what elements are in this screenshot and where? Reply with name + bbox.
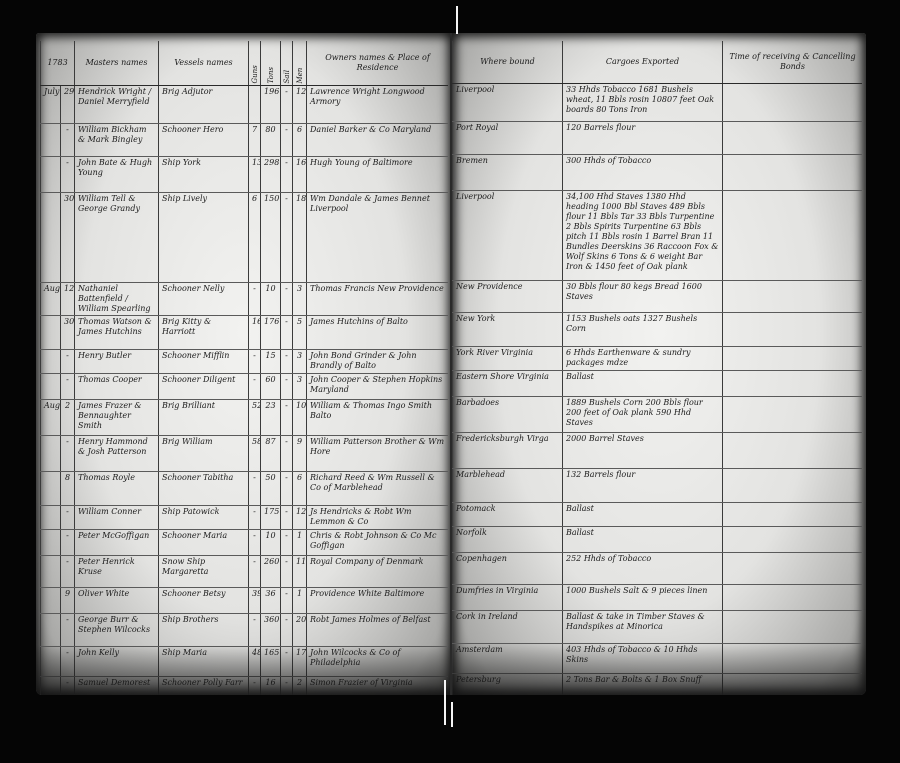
guns-cell: 58	[249, 436, 261, 472]
vessel-cell: Schooner Betsy	[159, 588, 249, 614]
guns-cell: -	[249, 614, 261, 647]
guns-cell: 48	[249, 647, 261, 677]
cargo-cell: 120 Barrels flour	[563, 122, 723, 155]
tons-cell: 176	[261, 316, 281, 350]
month-cell	[41, 677, 61, 696]
ledger-row: 9Oliver WhiteSchooner Betsy3936-1Provide…	[41, 588, 449, 614]
owner-cell: William & Thomas Ingo Smith Balto	[307, 400, 448, 436]
tons-cell: 298	[261, 157, 281, 193]
owner-cell: Richard Reed & Wm Russell & Co of Marble…	[307, 472, 448, 506]
men-cell: 10	[293, 400, 307, 436]
vessel-cell: Ship Maria	[159, 647, 249, 677]
master-cell: Nathaniel Battenfield / William Spearlin…	[75, 283, 159, 316]
tons-cell: 15	[261, 350, 281, 374]
cargo-cell: 30 Bbls flour 80 kegs Bread 1600 Staves	[563, 281, 723, 313]
men-cell: 18	[293, 193, 307, 283]
bonds-cell	[723, 191, 863, 281]
owners-header: Owners names & Place of Residence	[307, 41, 448, 86]
tons-cell: 10	[261, 283, 281, 316]
master-cell: Henry Hammond & Josh Patterson	[75, 436, 159, 472]
where-bound-cell: York River Virginia	[453, 347, 563, 371]
master-cell: Thomas Royle	[75, 472, 159, 506]
month-cell: Augt	[41, 283, 61, 316]
day-cell: 29	[61, 86, 75, 124]
ledger-row: 30Thomas Watson & James HutchinsBrig Kit…	[41, 316, 449, 350]
header-row: 1783 Masters names Vessels names Guns To…	[41, 41, 449, 86]
master-cell: William Conner	[75, 506, 159, 530]
guns-cell: -	[249, 350, 261, 374]
month-cell	[41, 647, 61, 677]
cargo-cell: 1889 Bushels Corn 200 Bbls flour 200 fee…	[563, 397, 723, 433]
men-cell: 12	[293, 86, 307, 124]
owner-cell: James Hutchins of Balto	[307, 316, 448, 350]
sail-cell: -	[281, 193, 293, 283]
guns-cell: 6	[249, 193, 261, 283]
month-cell	[41, 374, 61, 400]
where-bound-cell: Amsterdam	[453, 644, 563, 674]
bonds-cell	[723, 674, 863, 696]
master-cell: James Frazer & Bennaughter Smith	[75, 400, 159, 436]
ledger-row: Dumfries in Virginia1000 Bushels Salt & …	[453, 585, 863, 611]
ledger-row: -George Burr & Stephen WilcocksShip Brot…	[41, 614, 449, 647]
day-cell: -	[61, 506, 75, 530]
ledger-row: Petersburg2 Tons Bar & Bolts & 1 Box Snu…	[453, 674, 863, 696]
men-cell: 3	[293, 350, 307, 374]
vessel-cell: Schooner Mifflin	[159, 350, 249, 374]
sail-cell: -	[281, 400, 293, 436]
ledger-row: Augt2James Frazer & Bennaughter SmithBri…	[41, 400, 449, 436]
cargoes-header: Cargoes Exported	[563, 41, 723, 84]
ledger-left-page: 1783 Masters names Vessels names Guns To…	[36, 33, 452, 695]
tons-cell: 260	[261, 556, 281, 588]
owner-cell: Thomas Francis New Providence	[307, 283, 448, 316]
day-cell: 12	[61, 283, 75, 316]
ledger-row: Liverpool33 Hhds Tobacco 1681 Bushels wh…	[453, 84, 863, 122]
where-bound-cell: Eastern Shore Virginia	[453, 371, 563, 397]
bonds-cell	[723, 313, 863, 347]
header-row: Where bound Cargoes Exported Time of rec…	[453, 41, 863, 84]
owner-cell: John Cooper & Stephen Hopkins Maryland	[307, 374, 448, 400]
vessel-cell: Brig Brilliant	[159, 400, 249, 436]
day-cell: 2	[61, 400, 75, 436]
day-cell: -	[61, 124, 75, 157]
vessel-cell: Schooner Nelly	[159, 283, 249, 316]
ledger-row: Bremen300 Hhds of Tobacco	[453, 155, 863, 191]
day-cell: -	[61, 677, 75, 696]
day-cell: -	[61, 530, 75, 556]
master-cell: William Tell & George Grandy	[75, 193, 159, 283]
owner-cell: Providence White Baltimore	[307, 588, 448, 614]
where-bound-cell: Bremen	[453, 155, 563, 191]
month-cell	[41, 316, 61, 350]
sail-cell: -	[281, 647, 293, 677]
bonds-cell	[723, 433, 863, 469]
vessel-cell: Schooner Maria	[159, 530, 249, 556]
cargo-cell: Ballast & take in Timber Staves & Handsp…	[563, 611, 723, 644]
ledger-row: -John KellyShip Maria48165-17John Wilcoc…	[41, 647, 449, 677]
day-cell: -	[61, 614, 75, 647]
guns-cell: -	[249, 374, 261, 400]
where-bound-cell: Copenhagen	[453, 553, 563, 585]
bonds-cell	[723, 397, 863, 433]
vessel-cell: Brig Adjutor	[159, 86, 249, 124]
cargo-cell: 33 Hhds Tobacco 1681 Bushels wheat, 11 B…	[563, 84, 723, 122]
cargo-cell: 252 Hhds of Tobacco	[563, 553, 723, 585]
owner-cell: Lawrence Wright Longwood Armory	[307, 86, 448, 124]
where-bound-cell: Cork in Ireland	[453, 611, 563, 644]
tons-cell: 60	[261, 374, 281, 400]
where-bound-cell: Barbadoes	[453, 397, 563, 433]
bonds-cell	[723, 122, 863, 155]
bonds-cell	[723, 84, 863, 122]
cargo-cell: 1153 Bushels oats 1327 Bushels Corn	[563, 313, 723, 347]
men-cell: 6	[293, 472, 307, 506]
sail-cell: -	[281, 350, 293, 374]
men-cell: 17	[293, 647, 307, 677]
bonds-cell	[723, 527, 863, 553]
spine-mark-bottom-left	[444, 680, 446, 725]
where-bound-cell: Petersburg	[453, 674, 563, 696]
day-cell: 9	[61, 588, 75, 614]
vessel-cell: Snow Ship Margaretta	[159, 556, 249, 588]
ledger-row: Augt12Nathaniel Battenfield / William Sp…	[41, 283, 449, 316]
owner-cell: Js Hendricks & Robt Wm Lemmon & Co	[307, 506, 448, 530]
vessel-cell: Schooner Tabitha	[159, 472, 249, 506]
where-bound-cell: Fredericksburgh Virga	[453, 433, 563, 469]
where-bound-cell: Port Royal	[453, 122, 563, 155]
ledger-row: -William ConnerShip Patowick-175-12Js He…	[41, 506, 449, 530]
master-cell: Oliver White	[75, 588, 159, 614]
master-cell: John Kelly	[75, 647, 159, 677]
guns-cell	[249, 86, 261, 124]
bonds-cell	[723, 469, 863, 503]
ledger-row: 8Thomas RoyleSchooner Tabitha-50-6Richar…	[41, 472, 449, 506]
guns-header: Guns	[249, 41, 261, 86]
sail-cell: -	[281, 472, 293, 506]
vessel-cell: Brig William	[159, 436, 249, 472]
month-cell	[41, 436, 61, 472]
tons-cell: 150	[261, 193, 281, 283]
guns-cell: 39	[249, 588, 261, 614]
month-cell	[41, 350, 61, 374]
bonds-cell	[723, 611, 863, 644]
ledger-row: -Henry Hammond & Josh PattersonBrig Will…	[41, 436, 449, 472]
tons-cell: 50	[261, 472, 281, 506]
day-cell: -	[61, 556, 75, 588]
cargo-cell: 300 Hhds of Tobacco	[563, 155, 723, 191]
tons-cell: 23	[261, 400, 281, 436]
guns-cell: 7	[249, 124, 261, 157]
ledger-row: York River Virginia6 Hhds Earthenware & …	[453, 347, 863, 371]
ledger-row: Amsterdam403 Hhds of Tobacco & 10 Hhds S…	[453, 644, 863, 674]
masters-header: Masters names	[75, 41, 159, 86]
where-bound-header: Where bound	[453, 41, 563, 84]
sail-cell: -	[281, 86, 293, 124]
cargo-cell: 6 Hhds Earthenware & sundry packages mdz…	[563, 347, 723, 371]
cargo-cell: 34,100 Hhd Staves 1380 Hhd heading 1000 …	[563, 191, 723, 281]
month-cell	[41, 614, 61, 647]
bonds-cell	[723, 347, 863, 371]
ledger-row: Barbadoes1889 Bushels Corn 200 Bbls flou…	[453, 397, 863, 433]
owner-cell: John Wilcocks & Co of Philadelphia	[307, 647, 448, 677]
ledger-row: PotomackBallast	[453, 503, 863, 527]
where-bound-cell: Liverpool	[453, 84, 563, 122]
cargo-cell: Ballast	[563, 371, 723, 397]
sail-cell: -	[281, 588, 293, 614]
guns-cell: -	[249, 530, 261, 556]
tons-cell: 10	[261, 530, 281, 556]
month-cell	[41, 124, 61, 157]
owner-cell: John Bond Grinder & John Brandly of Balt…	[307, 350, 448, 374]
vessel-cell: Ship Lively	[159, 193, 249, 283]
day-cell: -	[61, 647, 75, 677]
cargo-cell: 132 Barrels flour	[563, 469, 723, 503]
ledger-right-page: Where bound Cargoes Exported Time of rec…	[452, 33, 866, 695]
ledger-row: -Henry ButlerSchooner Mifflin-15-3John B…	[41, 350, 449, 374]
where-bound-cell: Norfolk	[453, 527, 563, 553]
month-cell	[41, 588, 61, 614]
year-header: 1783	[41, 41, 75, 86]
ledger-row: Port Royal120 Barrels flour	[453, 122, 863, 155]
owner-cell: Chris & Robt Johnson & Co Mc Goffigan	[307, 530, 448, 556]
tons-cell: 175	[261, 506, 281, 530]
master-cell: Henry Butler	[75, 350, 159, 374]
bonds-cell	[723, 644, 863, 674]
sail-cell: -	[281, 374, 293, 400]
month-cell	[41, 193, 61, 283]
bonds-cell	[723, 585, 863, 611]
master-cell: Thomas Cooper	[75, 374, 159, 400]
guns-cell: -	[249, 283, 261, 316]
owner-cell: Simon Frazier of Virginia	[307, 677, 448, 696]
guns-cell: -	[249, 472, 261, 506]
owner-cell: Daniel Barker & Co Maryland	[307, 124, 448, 157]
ledger-row: Fredericksburgh Virga2000 Barrel Staves	[453, 433, 863, 469]
vessel-cell: Brig Kitty & Harriott	[159, 316, 249, 350]
men-cell: 6	[293, 124, 307, 157]
sail-cell: -	[281, 614, 293, 647]
month-cell	[41, 530, 61, 556]
guns-cell: -	[249, 506, 261, 530]
ledger-table-right: Where bound Cargoes Exported Time of rec…	[452, 41, 862, 695]
vessel-cell: Ship Patowick	[159, 506, 249, 530]
month-cell	[41, 506, 61, 530]
men-cell: 12	[293, 506, 307, 530]
day-cell: -	[61, 157, 75, 193]
sail-cell: -	[281, 316, 293, 350]
sail-header: Sail	[281, 41, 293, 86]
ledger-row: NorfolkBallast	[453, 527, 863, 553]
tons-cell: 80	[261, 124, 281, 157]
day-cell: 8	[61, 472, 75, 506]
master-cell: Samuel Demorest	[75, 677, 159, 696]
bonds-cell	[723, 503, 863, 527]
bonds-cell	[723, 553, 863, 585]
men-cell: 11	[293, 556, 307, 588]
sail-cell: -	[281, 556, 293, 588]
ledger-row: Liverpool34,100 Hhd Staves 1380 Hhd head…	[453, 191, 863, 281]
owner-cell: Robt James Holmes of Belfast	[307, 614, 448, 647]
tons-cell: 360	[261, 614, 281, 647]
bonds-cell	[723, 155, 863, 191]
ledger-row: -Peter Henrick KruseSnow Ship Margaretta…	[41, 556, 449, 588]
sail-cell: -	[281, 677, 293, 696]
where-bound-cell: New Providence	[453, 281, 563, 313]
spine-mark-bottom-right	[451, 702, 453, 727]
where-bound-cell: Marblehead	[453, 469, 563, 503]
ledger-row: -William Bickham & Mark BingleySchooner …	[41, 124, 449, 157]
ledger-row: -Samuel DemorestSchooner Polly Farr-16-2…	[41, 677, 449, 696]
bonds-header: Time of receiving & Cancelling Bonds	[723, 41, 863, 84]
month-cell: Augt	[41, 400, 61, 436]
bonds-cell	[723, 281, 863, 313]
month-cell: July	[41, 86, 61, 124]
day-cell: 30	[61, 316, 75, 350]
master-cell: John Bate & Hugh Young	[75, 157, 159, 193]
cargo-cell: Ballast	[563, 527, 723, 553]
vessel-cell: Ship York	[159, 157, 249, 193]
master-cell: William Bickham & Mark Bingley	[75, 124, 159, 157]
cargo-cell: 403 Hhds of Tobacco & 10 Hhds Skins	[563, 644, 723, 674]
ledger-table-left: 1783 Masters names Vessels names Guns To…	[40, 41, 448, 695]
men-cell: 20	[293, 614, 307, 647]
men-cell: 2	[293, 677, 307, 696]
month-cell	[41, 157, 61, 193]
ledger-row: Copenhagen252 Hhds of Tobacco	[453, 553, 863, 585]
ledger-row: Marblehead132 Barrels flour	[453, 469, 863, 503]
master-cell: Peter McGoffigan	[75, 530, 159, 556]
master-cell: Peter Henrick Kruse	[75, 556, 159, 588]
day-cell: 30	[61, 193, 75, 283]
sail-cell: -	[281, 157, 293, 193]
vessel-cell: Schooner Hero	[159, 124, 249, 157]
ledger-row: New Providence30 Bbls flour 80 kegs Brea…	[453, 281, 863, 313]
vessel-cell: Ship Brothers	[159, 614, 249, 647]
owner-cell: Hugh Young of Baltimore	[307, 157, 448, 193]
men-cell: 1	[293, 530, 307, 556]
ledger-row: -John Bate & Hugh YoungShip York13298-16…	[41, 157, 449, 193]
men-cell: 16	[293, 157, 307, 193]
ledger-row: 30William Tell & George GrandyShip Livel…	[41, 193, 449, 283]
cargo-cell: Ballast	[563, 503, 723, 527]
tons-cell: 87	[261, 436, 281, 472]
tons-cell: 16	[261, 677, 281, 696]
men-cell: 5	[293, 316, 307, 350]
guns-cell: -	[249, 556, 261, 588]
month-cell	[41, 556, 61, 588]
month-cell	[41, 472, 61, 506]
men-cell: 1	[293, 588, 307, 614]
men-header: Men	[293, 41, 307, 86]
owner-cell: Royal Company of Denmark	[307, 556, 448, 588]
spine-mark-top	[456, 6, 458, 34]
sail-cell: -	[281, 124, 293, 157]
ledger-row: New York1153 Bushels oats 1327 Bushels C…	[453, 313, 863, 347]
cargo-cell: 2 Tons Bar & Bolts & 1 Box Snuff	[563, 674, 723, 696]
tons-cell: 196	[261, 86, 281, 124]
ledger-row: -Peter McGoffiganSchooner Maria-10-1Chri…	[41, 530, 449, 556]
guns-cell: 16	[249, 316, 261, 350]
owner-cell: Wm Dandale & James Bennet Liverpool	[307, 193, 448, 283]
sail-cell: -	[281, 436, 293, 472]
men-cell: 9	[293, 436, 307, 472]
master-cell: George Burr & Stephen Wilcocks	[75, 614, 159, 647]
day-cell: -	[61, 350, 75, 374]
master-cell: Hendrick Wright / Daniel Merryfield	[75, 86, 159, 124]
where-bound-cell: Dumfries in Virginia	[453, 585, 563, 611]
ledger-row: -Thomas CooperSchooner Diligent-60-3John…	[41, 374, 449, 400]
cargo-cell: 1000 Bushels Salt & 9 pieces linen	[563, 585, 723, 611]
tons-header: Tons	[261, 41, 281, 86]
guns-cell: -	[249, 677, 261, 696]
tons-cell: 165	[261, 647, 281, 677]
tons-cell: 36	[261, 588, 281, 614]
sail-cell: -	[281, 506, 293, 530]
owner-cell: William Patterson Brother & Wm Hore	[307, 436, 448, 472]
guns-cell: 13	[249, 157, 261, 193]
vessels-header: Vessels names	[159, 41, 249, 86]
vessel-cell: Schooner Polly Farr	[159, 677, 249, 696]
where-bound-cell: New York	[453, 313, 563, 347]
guns-cell: 52	[249, 400, 261, 436]
master-cell: Thomas Watson & James Hutchins	[75, 316, 159, 350]
ledger-row: Cork in IrelandBallast & take in Timber …	[453, 611, 863, 644]
sail-cell: -	[281, 283, 293, 316]
bonds-cell	[723, 371, 863, 397]
where-bound-cell: Liverpool	[453, 191, 563, 281]
where-bound-cell: Potomack	[453, 503, 563, 527]
day-cell: -	[61, 436, 75, 472]
day-cell: -	[61, 374, 75, 400]
sail-cell: -	[281, 530, 293, 556]
ledger-row: Eastern Shore VirginiaBallast	[453, 371, 863, 397]
men-cell: 3	[293, 283, 307, 316]
cargo-cell: 2000 Barrel Staves	[563, 433, 723, 469]
ledger-row: July29Hendrick Wright / Daniel Merryfiel…	[41, 86, 449, 124]
vessel-cell: Schooner Diligent	[159, 374, 249, 400]
men-cell: 3	[293, 374, 307, 400]
